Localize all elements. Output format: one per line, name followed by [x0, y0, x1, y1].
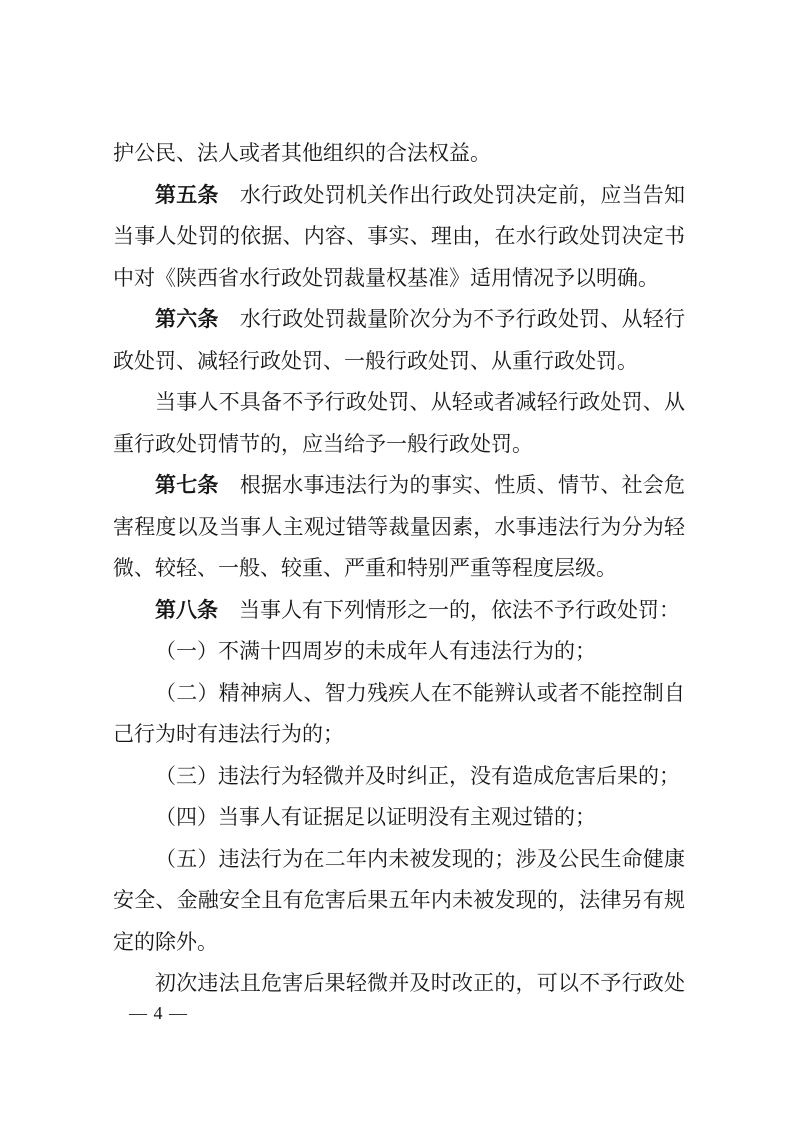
line-text: 微、较轻、一般、较重、严重和特别严重等程度层级。 [113, 556, 617, 580]
text-line: 重行政处罚情节的，应当给予一般行政处罚。 [113, 424, 685, 466]
text-line: 第五条 水行政处罚机关作出行政处罚决定前，应当告知 [113, 175, 685, 217]
line-text: （四）当事人有证据足以证明没有主观过错的； [155, 805, 596, 829]
text-line: （五）违法行为在二年内未被发现的；涉及公民生命健康 [113, 839, 685, 881]
line-text: 害程度以及当事人主观过错等裁量因素，水事违法行为分为轻 [113, 515, 685, 539]
page-number: — 4 — [129, 1002, 188, 1024]
line-text: 重行政处罚情节的，应当给予一般行政处罚。 [113, 432, 533, 456]
line-text: （五）违法行为在二年内未被发现的；涉及公民生命健康 [155, 847, 685, 871]
text-line: 第七条 根据水事违法行为的事实、性质、情节、社会危 [113, 465, 685, 507]
line-text: 当事人处罚的依据、内容、事实、理由，在水行政处罚决定书 [113, 224, 685, 248]
line-text: 政处罚、减轻行政处罚、一般行政处罚、从重行政处罚。 [113, 349, 638, 373]
document-page: 护公民、法人或者其他组织的合法权益。第五条 水行政处罚机关作出行政处罚决定前，应… [0, 0, 793, 1122]
line-text: 安全、金融安全且有危害后果五年内未被发现的，法律另有规 [113, 888, 685, 912]
text-line: 安全、金融安全且有危害后果五年内未被发现的，法律另有规 [113, 880, 685, 922]
line-text: （三）违法行为轻微并及时纠正，没有造成危害后果的； [155, 764, 680, 788]
text-line: 定的除外。 [113, 922, 685, 964]
text-line: 初次违法且危害后果轻微并及时改正的，可以不予行政处 [113, 963, 685, 1005]
article-number: 第八条 [155, 599, 218, 622]
line-text: 根据水事违法行为的事实、性质、情节、社会危 [219, 473, 685, 497]
text-line: 护公民、法人或者其他组织的合法权益。 [113, 133, 685, 175]
text-line: 政处罚、减轻行政处罚、一般行政处罚、从重行政处罚。 [113, 341, 685, 383]
text-line: 中对《陕西省水行政处罚裁量权基准》适用情况予以明确。 [113, 258, 685, 300]
document-body: 护公民、法人或者其他组织的合法权益。第五条 水行政处罚机关作出行政处罚决定前，应… [113, 133, 685, 1005]
line-text: 当事人不具备不予行政处罚、从轻或者减轻行政处罚、从 [155, 390, 685, 414]
line-text: 中对《陕西省水行政处罚裁量权基准》适用情况予以明确。 [113, 266, 659, 290]
line-text: 护公民、法人或者其他组织的合法权益。 [113, 141, 491, 165]
line-text: 己行为时有违法行为的； [113, 722, 344, 746]
article-number: 第五条 [155, 184, 219, 207]
text-line: 己行为时有违法行为的； [113, 714, 685, 756]
article-number: 第七条 [155, 474, 219, 497]
text-line: 第八条 当事人有下列情形之一的，依法不予行政处罚： [113, 590, 685, 632]
text-line: （一）不满十四周岁的未成年人有违法行为的； [113, 631, 685, 673]
line-text: 初次违法且危害后果轻微并及时改正的，可以不予行政处 [155, 971, 685, 995]
text-line: （四）当事人有证据足以证明没有主观过错的； [113, 797, 685, 839]
line-text: 定的除外。 [113, 930, 218, 954]
text-line: 第六条 水行政处罚裁量阶次分为不予行政处罚、从轻行 [113, 299, 685, 341]
text-line: 微、较轻、一般、较重、严重和特别严重等程度层级。 [113, 548, 685, 590]
line-text: 水行政处罚裁量阶次分为不予行政处罚、从轻行 [219, 307, 685, 331]
text-line: 当事人不具备不予行政处罚、从轻或者减轻行政处罚、从 [113, 382, 685, 424]
line-text: 水行政处罚机关作出行政处罚决定前，应当告知 [219, 183, 685, 207]
article-number: 第六条 [155, 308, 219, 331]
text-line: 当事人处罚的依据、内容、事实、理由，在水行政处罚决定书 [113, 216, 685, 258]
text-line: 害程度以及当事人主观过错等裁量因素，水事违法行为分为轻 [113, 507, 685, 549]
line-text: （一）不满十四周岁的未成年人有违法行为的； [155, 639, 596, 663]
text-line: （二）精神病人、智力残疾人在不能辨认或者不能控制自 [113, 673, 685, 715]
line-text: 当事人有下列情形之一的，依法不予行政处罚： [218, 598, 680, 622]
line-text: （二）精神病人、智力残疾人在不能辨认或者不能控制自 [155, 681, 685, 705]
text-line: （三）违法行为轻微并及时纠正，没有造成危害后果的； [113, 756, 685, 798]
